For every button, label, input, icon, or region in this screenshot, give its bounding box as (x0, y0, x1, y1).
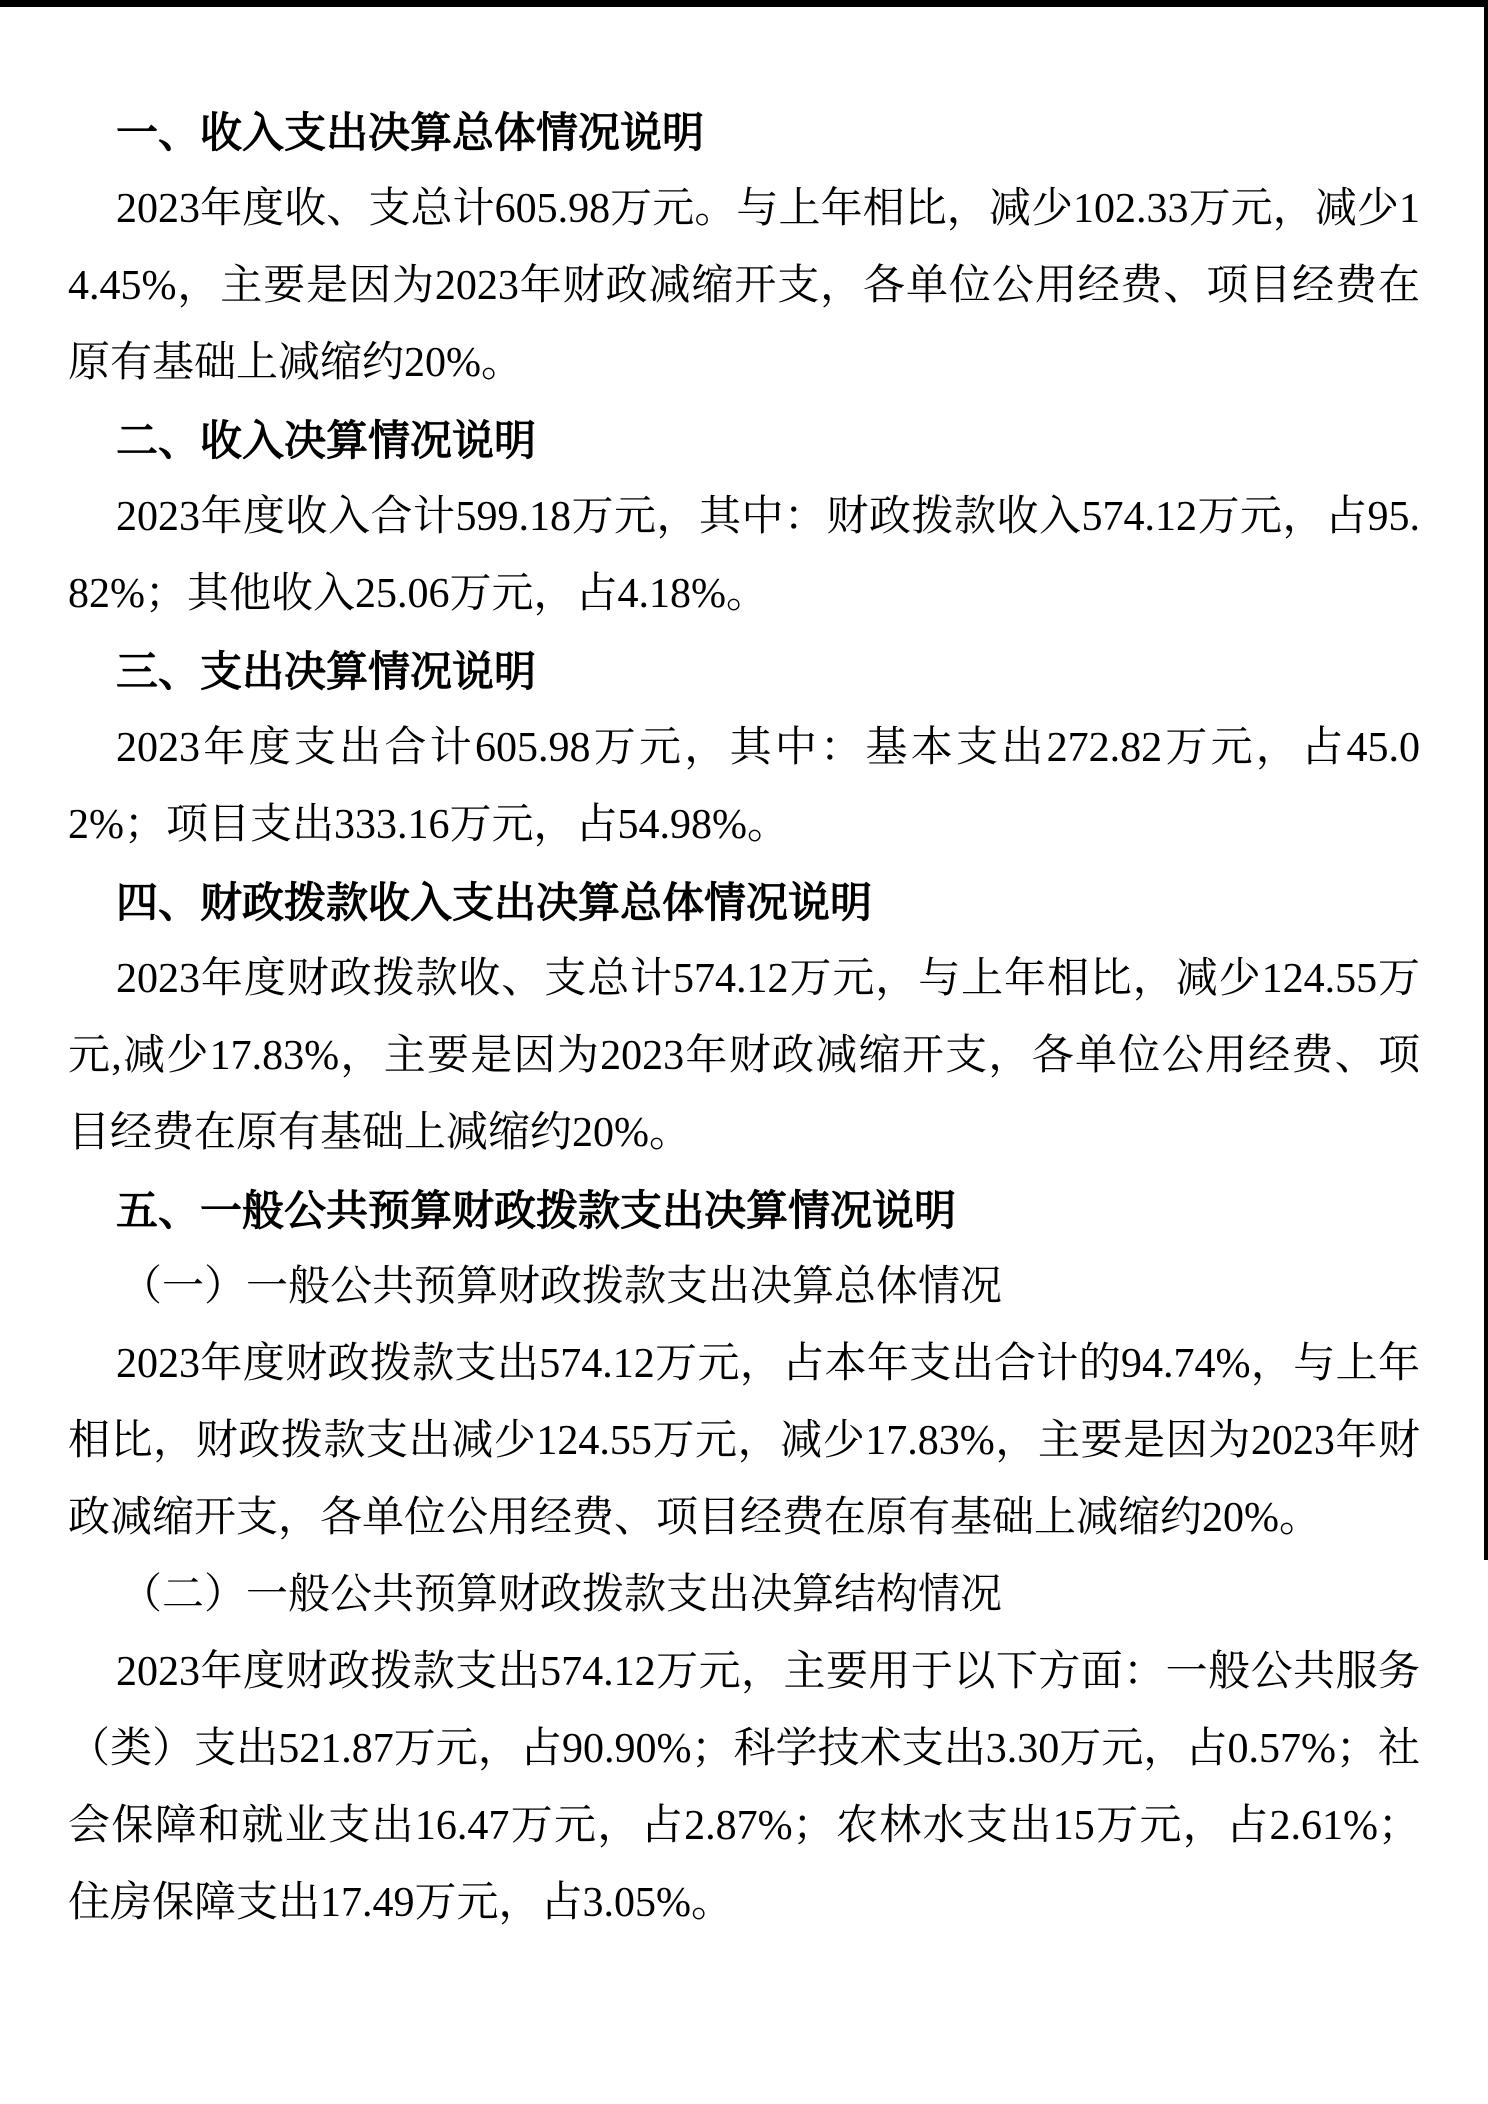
section-heading-income-detail: 二、收入决算情况说明 (68, 402, 1420, 479)
paragraph-public-budget-expense-structure: 2023年度财政拨款支出574.12万元，主要用于以下方面：一般公共服务（类）支… (68, 1634, 1420, 1942)
document-content: 一、收入支出决算总体情况说明 2023年度收、支总计605.98万元。与上年相比… (0, 0, 1488, 1942)
paragraph-income-detail: 2023年度收入合计599.18万元，其中：财政拨款收入574.12万元，占95… (68, 479, 1420, 633)
paragraph-expense-detail: 2023年度支出合计605.98万元，其中：基本支出272.82万元，占45.0… (68, 710, 1420, 864)
section-heading-public-budget-expense: 五、一般公共预算财政拨款支出决算情况说明 (68, 1172, 1420, 1249)
document-page: 一、收入支出决算总体情况说明 2023年度收、支总计605.98万元。与上年相比… (0, 0, 1488, 2104)
paragraph-public-budget-expense-overall: 2023年度财政拨款支出574.12万元，占本年支出合计的94.74%，与上年相… (68, 1326, 1420, 1557)
section-heading-income-expense-overview: 一、收入支出决算总体情况说明 (68, 94, 1420, 171)
paragraph-fiscal-appropriation-overview: 2023年度财政拨款收、支总计574.12万元，与上年相比，减少124.55万元… (68, 941, 1420, 1172)
subheading-public-budget-expense-structure: （二）一般公共预算财政拨款支出决算结构情况 (68, 1557, 1420, 1634)
paragraph-income-expense-overview: 2023年度收、支总计605.98万元。与上年相比，减少102.33万元，减少1… (68, 171, 1420, 402)
section-heading-expense-detail: 三、支出决算情况说明 (68, 633, 1420, 710)
subheading-public-budget-expense-overall: （一）一般公共预算财政拨款支出决算总体情况 (68, 1249, 1420, 1326)
section-heading-fiscal-appropriation-overview: 四、财政拨款收入支出决算总体情况说明 (68, 864, 1420, 941)
